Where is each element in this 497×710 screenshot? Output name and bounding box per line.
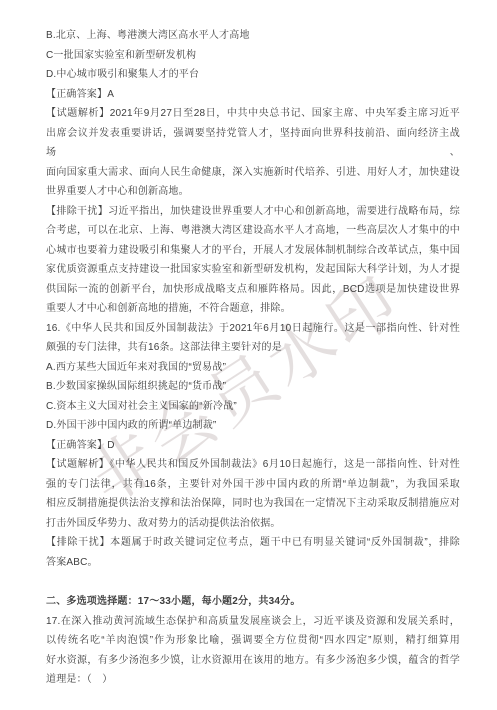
text-line: 打击外国反华势力、敌对势力的活动提供法治依据。 bbox=[46, 514, 460, 534]
text-line: 强的专门法律，共有16条，主要针对外国干涉中国内政的所谓“单边制裁”，为我国采取 bbox=[46, 475, 460, 495]
text-line: 16.《中华人民共和国反外国制裁法》于2021年6月10日起施行。这是一部指向性… bbox=[46, 319, 460, 339]
text-line: 重要人才中心和创新高地的措施，不符合题意，排除。 bbox=[46, 299, 460, 319]
text-line: 世界重要人才中心和创新高地。 bbox=[46, 182, 460, 202]
text-line: 【正确答案】D bbox=[46, 436, 460, 456]
text-line: 【正确答案】A bbox=[46, 85, 460, 105]
text-line: D.中心城市吸引和聚集人才的平台 bbox=[46, 65, 460, 85]
text-line: 好水资源，有多少汤泡多少馍，让水资源用在该用的地方。有多少汤泡多少馍，蕴含的哲学 bbox=[46, 651, 460, 671]
text-line: 道理是：（ ） bbox=[46, 670, 460, 690]
text-line: 面向国家重大需求、面向人民生命健康，深入实施新时代培养、引进、用好人才，加快建设 bbox=[46, 163, 460, 183]
text-line: 合考虑，可以在北京、上海、粤港澳大湾区建设高水平人才高地，一些高层次人才集中的中 bbox=[46, 221, 460, 241]
text-line: 二、多选项选择题：17～33小题，每小题2分，共34分。 bbox=[46, 592, 460, 612]
text-line: 答案ABC。 bbox=[46, 553, 460, 573]
text-line: C一批国家实验室和新型研发机构 bbox=[46, 46, 460, 66]
text-line: A.西方某些大国近年来对我国的“贸易战” bbox=[46, 358, 460, 378]
text-line: 心城市也要着力建设吸引和集聚人才的平台，开展人才发展体制机制综合改革试点，集中国 bbox=[46, 241, 460, 261]
text-line: 【试题解析】《中华人民共和国反外国制裁法》6月10日起施行，这是一部指向性、针对… bbox=[46, 455, 460, 475]
text-line: 17.在深入推动黄河流域生态保护和高质量发展座谈会上，习近平谈及资源和发展关系时… bbox=[46, 612, 460, 632]
text-line: 家优质资源重点支持建设一批国家实验室和新型研发机构，发起国际大科学计划，为人才提 bbox=[46, 260, 460, 280]
text-line: 出席会议并发表重要讲话，强调要坚持党管人才，坚持面向世界科技前沿、面向经济主战场… bbox=[46, 124, 460, 163]
text-line: 【排除干扰】习近平指出，加快建设世界重要人才中心和创新高地，需要进行战略布局，综 bbox=[46, 202, 460, 222]
text-line: B.少数国家操纵国际组织挑起的“货币战” bbox=[46, 377, 460, 397]
text-line: D.外国干涉中国内政的所谓“单边制裁” bbox=[46, 416, 460, 436]
text-line: 供国际一流的创新平台，加快形成战略支点和雁阵格局。因此，BCD选项是加快建设世界 bbox=[46, 280, 460, 300]
document-body: B.北京、上海、粤港澳大湾区高水平人才高地C一批国家实验室和新型研发机构D.中心… bbox=[46, 26, 460, 690]
text-line: 以传统名吃“羊肉泡馍”作为形象比喻，强调要全方位贯彻“四水四定”原则，精打细算用 bbox=[46, 631, 460, 651]
text-line: 相应反制措施提供法治支撑和法治保障，同时也为我国在一定情况下主动采取反制措施应对 bbox=[46, 494, 460, 514]
text-line: B.北京、上海、粤港澳大湾区高水平人才高地 bbox=[46, 26, 460, 46]
text-line: 【试题解析】2021年9月27日至28日，中共中央总书记、国家主席、中央军委主席… bbox=[46, 104, 460, 124]
text-line: 颇强的专门法律，共有16条。这部法律主要针对的是 bbox=[46, 338, 460, 358]
document-page: 非会员水印 B.北京、上海、粤港澳大湾区高水平人才高地C一批国家实验室和新型研发… bbox=[0, 0, 497, 710]
text-line: 【排除干扰】本题属于时政关键词定位考点，题干中已有明显关键词“反外国制裁”，排除 bbox=[46, 533, 460, 553]
text-line: C.资本主义大国对社会主义国家的“新冷战” bbox=[46, 397, 460, 417]
